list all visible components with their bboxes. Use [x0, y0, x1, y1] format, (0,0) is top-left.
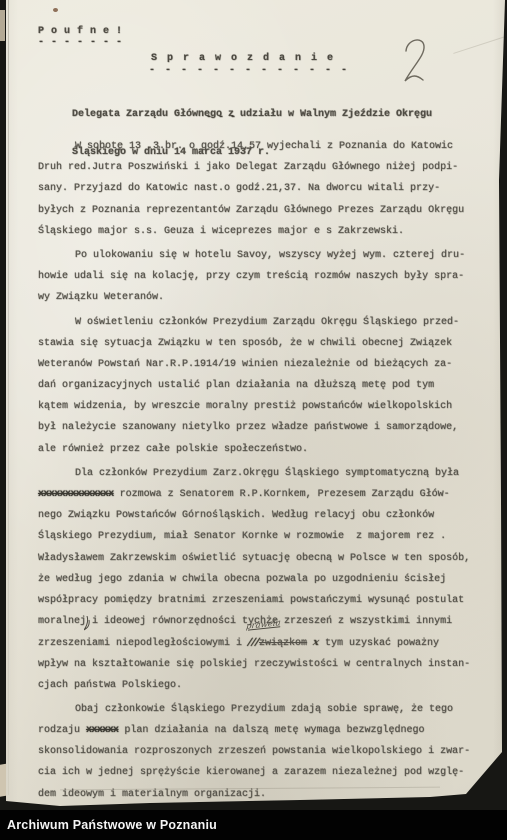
document-line: byłych z Poznania reprezentantów Zarządu…	[38, 200, 483, 221]
document-line: Śląskiego major s.s. Geuza i wiceprezes …	[38, 221, 483, 242]
text-segment: Śląskiego Prezydium, miał Senator Kornke…	[38, 531, 446, 542]
text-segment: wpływ na kształtowanie się polskiej rzec…	[38, 659, 470, 670]
text-segment: nego Związku Powstańców Górnośląskich. W…	[38, 510, 434, 521]
fold-crease-left	[8, 0, 9, 795]
document-line: Władysławem Zakrzewskim oświetlić sytuac…	[38, 548, 483, 569]
text-segment: Śląskiego major s.s. Geuza i wiceprezes …	[38, 226, 404, 237]
text-segment: dań organizacyjnych ustalić plan działan…	[38, 380, 434, 391]
document-line: że według jego zdania w chwila obecna po…	[38, 569, 483, 590]
text-segment-strike-light: związkom	[259, 638, 307, 649]
text-segment: wy Związku Weteranów.	[38, 292, 164, 303]
text-segment: rodzaju	[38, 725, 86, 736]
paragraph: Obaj członkowie Śląskiego Prezydium zdaj…	[38, 699, 483, 805]
confidential-stamp: P o u f n e !	[38, 26, 123, 37]
document-line: wy Związku Weteranów.	[38, 287, 483, 308]
document-line: dem ideowym i materialnym organizacji.	[38, 784, 483, 805]
text-segment: zrzeszeniami niepodległościowymi i	[38, 638, 248, 649]
document-line: rodzaju xxxxxx plan działania na dalszą …	[38, 720, 483, 741]
text-segment: cia ich w jednej sprężyście kierowanej a…	[38, 767, 464, 778]
document-line: Weteranów Powstań Nar.R.P.1914/19 winien…	[38, 354, 483, 375]
document-line: sany. Przyjazd do Katowic nast.o godź.21…	[38, 178, 483, 199]
handwritten-2-glyph	[400, 36, 430, 88]
text-segment: kątem widzenia, by wreszcie moralny pres…	[38, 401, 452, 412]
document-line: wpływ na kształtowanie się polskiej rzec…	[38, 654, 483, 675]
text-segment: Druh red.Jutra Poszwiński i jako Delegat…	[38, 162, 458, 173]
document-line: Druh red.Jutra Poszwiński i jako Delegat…	[38, 157, 483, 178]
text-segment: Po ulokowaniu się w hotelu Savoy, wszysc…	[75, 250, 465, 261]
document-line: skonsolidowania rozproszonych zrzeszeń p…	[38, 741, 483, 762]
text-segment: sany. Przyjazd do Katowic nast.o godź.21…	[38, 183, 440, 194]
text-segment: howie udali się na kolację, przy czym tr…	[38, 271, 464, 282]
text-segment: cjach państwa Polskiego.	[38, 680, 182, 691]
paragraph: W oświetleniu członków Prezydium Zarządu…	[38, 312, 483, 460]
section-separator: - - -	[206, 112, 236, 123]
paragraph: Po ulokowaniu się w hotelu Savoy, wszysc…	[38, 245, 483, 309]
document-line: był należycie szanowany nietylko przez w…	[38, 417, 483, 438]
document-line: W sobotę 13 .3.br. o godź.14,57 wyjechal…	[38, 136, 483, 157]
text-segment: tym uzyskać poważny	[319, 638, 439, 649]
text-segment-strike: xxxxxxxxxxxxxx	[38, 489, 114, 500]
text-segment: dem ideowym i materialnym organizacji.	[38, 789, 266, 800]
document-line: nego Związku Powstańców Górnośląskich. W…	[38, 505, 483, 526]
text-segment: Obaj członkowie Śląskiego Prezydium zdaj…	[75, 704, 453, 715]
paragraph: W sobotę 13 .3.br. o godź.14,57 wyjechal…	[38, 136, 483, 242]
text-segment-strike: xxxxxx	[86, 725, 118, 736]
document-line: Śląskiego Prezydium, miał Senator Kornke…	[38, 526, 483, 547]
document-line: howie udali się na kolację, przy czym tr…	[38, 266, 483, 287]
text-segment: Władysławem Zakrzewskim oświetlić sytuac…	[38, 553, 470, 564]
text-segment: plan działania na dalszą metę wymaga bez…	[118, 725, 424, 736]
document-line: współpracy pomiędzy bratnimi zrzeszeniam…	[38, 590, 483, 611]
document-line: Po ulokowaniu się w hotelu Savoy, wszysc…	[38, 245, 483, 266]
text-segment: ale również przez całe polskie społeczeń…	[38, 444, 308, 455]
document-line: xxxxxxxxxxxxxx rozmowa z Senatorem R.P.K…	[38, 484, 483, 505]
scan-edge-fragment-top	[0, 10, 5, 41]
text-segment: współpracy pomiędzy bratnimi zrzeszeniam…	[38, 595, 464, 606]
archive-footer-bar: Archiwum Państwowe w Poznaniu	[0, 810, 507, 840]
text-segment: W oświetleniu członków Prezydium Zarządu…	[75, 317, 459, 328]
page-title: S p r a w o z d a n i e	[151, 53, 335, 64]
text-segment: byłych z Poznania reprezentantów Zarządu…	[38, 205, 464, 216]
text-segment-hw: ///	[247, 632, 261, 653]
archive-name-label: Archiwum Państwowe w Poznaniu	[7, 818, 217, 832]
text-segment: Weteranów Powstań Nar.R.P.1914/19 winien…	[38, 359, 452, 370]
subtitle-line: Delegata Zarządu Głównego z udziału w Wa…	[72, 109, 432, 122]
document-line: cia ich w jednej sprężyście kierowanej a…	[38, 762, 483, 783]
document-line: W oświetleniu członków Prezydium Zarządu…	[38, 312, 483, 333]
document-page: P o u f n e ! - - - - - - - S p r a w o …	[0, 0, 507, 810]
document-line: kątem widzenia, by wreszcie moralny pres…	[38, 396, 483, 417]
scanned-document: P o u f n e ! - - - - - - - S p r a w o …	[0, 0, 507, 840]
document-body: W sobotę 13 .3.br. o godź.14,57 wyjechal…	[38, 136, 483, 808]
text-segment: był należycie szanowany nietylko przez w…	[38, 422, 458, 433]
text-segment: W sobotę 13 .3.br. o godź.14,57 wyjechal…	[75, 141, 453, 152]
text-segment: stawia się sytuacja Związku w ten sposób…	[38, 338, 452, 349]
correction-loop-glyph	[84, 616, 92, 632]
document-line: cjach państwa Polskiego.	[38, 675, 483, 696]
text-segment: skonsolidowania rozproszonych zrzeszeń p…	[38, 746, 470, 757]
crease-top-right	[453, 35, 507, 54]
document-line: stawia się sytuacja Związku w ten sposób…	[38, 333, 483, 354]
document-line: zrzeszeniami niepodległościowymi i ///zw…	[38, 632, 483, 653]
page-title-underline: - - - - - - - - - - - - -	[149, 65, 349, 76]
text-segment: rozmowa z Senatorem R.P.Kornkem, Prezese…	[114, 489, 450, 500]
document-line: ale również przez całe polskie społeczeń…	[38, 439, 483, 460]
text-segment: Dla członków Prezydium Zarz.Okręgu Śląsk…	[75, 468, 459, 479]
document-line: Obaj członkowie Śląskiego Prezydium zdaj…	[38, 699, 483, 720]
confidential-stamp-underline: - - - - - - -	[38, 37, 123, 48]
handwritten-correction-mark	[84, 616, 92, 637]
text-segment: moralnej i ideowej równorzędności tychże…	[38, 616, 452, 627]
document-line: Dla członków Prezydium Zarz.Okręgu Śląsk…	[38, 463, 483, 484]
ink-stain	[53, 8, 58, 12]
text-segment: że według jego zdania w chwila obecna po…	[38, 574, 446, 585]
paragraph: Dla członków Prezydium Zarz.Okręgu Śląsk…	[38, 463, 483, 696]
document-line: dań organizacyjnych ustalić plan działan…	[38, 375, 483, 396]
